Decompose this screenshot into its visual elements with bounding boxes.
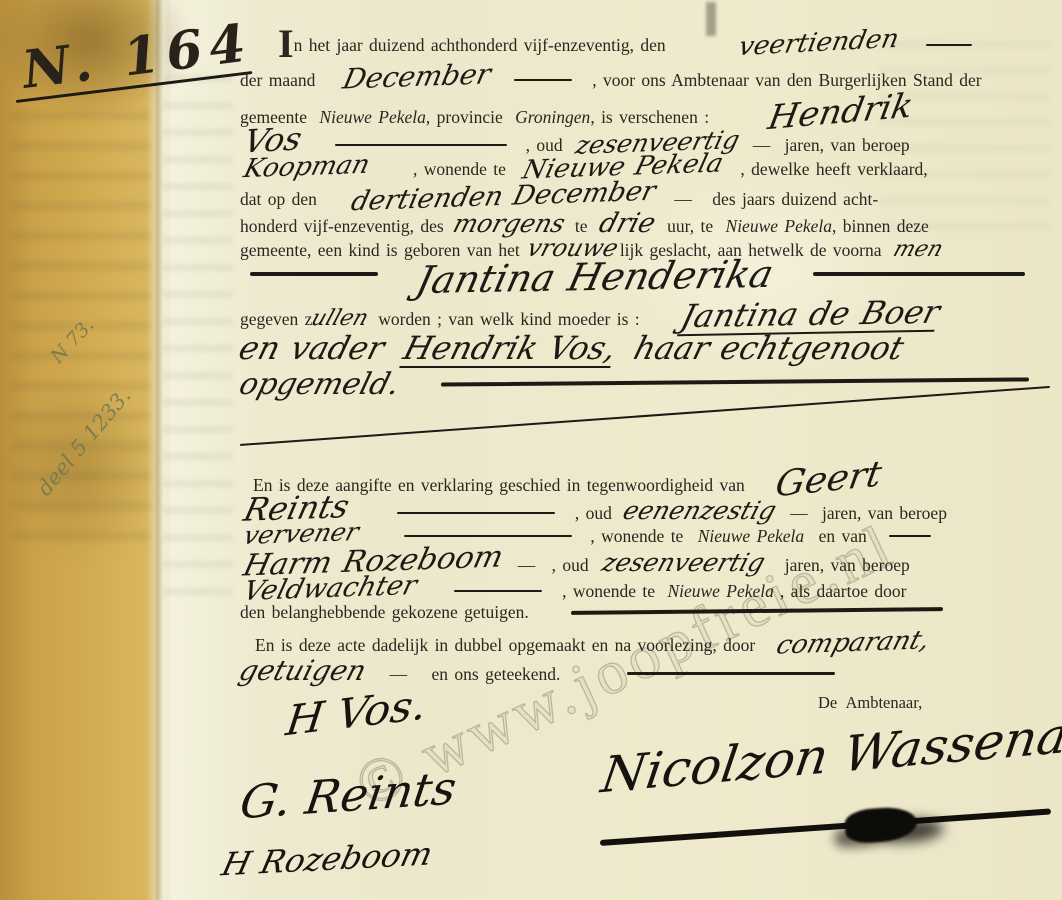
dash: — xyxy=(518,555,536,575)
fill-rule xyxy=(514,79,572,81)
printed-text: , wonende te xyxy=(590,526,683,546)
drop-cap-initial: I xyxy=(278,21,294,66)
dash: — xyxy=(790,503,808,523)
printed-text: honderd vijf-enzeventig, des xyxy=(240,216,444,236)
closing-line-1: En is deze acte dadelijk in dubbel opgem… xyxy=(255,630,928,656)
fill-rule xyxy=(250,272,378,276)
fill-rule xyxy=(404,535,572,537)
printed-text: , wonende te xyxy=(562,581,655,601)
fill-rule xyxy=(926,44,972,46)
entry-witness1-occupation: vervener xyxy=(241,519,362,548)
fill-rule xyxy=(571,607,943,615)
printed-text: , wonende te xyxy=(413,159,506,179)
entry-father-occupation: Koopman xyxy=(241,152,372,182)
printed-text: De Ambtenaar, xyxy=(818,693,922,712)
printed-text: worden ; van welk kind moeder is : xyxy=(378,309,639,329)
fill-rule xyxy=(397,512,555,514)
dash: — xyxy=(390,664,408,684)
printed-place: Nieuwe Pekela xyxy=(726,216,832,236)
entry-en-vader: en vader xyxy=(236,332,388,364)
entry-declaration-day: veertienden xyxy=(737,26,902,60)
printed-place: Nieuwe Pekela xyxy=(667,581,773,601)
dash: — xyxy=(753,135,771,155)
act-line-11: en vader Hendrik Vos, haar echtgenoot xyxy=(240,332,903,368)
fill-rule xyxy=(335,144,507,146)
dash: — xyxy=(674,189,692,209)
entry-father-confirm: Hendrik Vos, xyxy=(399,332,620,368)
entry-birth-daypart: morgens xyxy=(451,211,569,236)
bleed-through-text xyxy=(163,55,233,595)
signature-witness2: H Rozeboom xyxy=(219,838,436,881)
printed-text: , binnen deze xyxy=(832,216,929,236)
printed-text: , oud xyxy=(552,555,589,575)
entry-opgemeld: opgemeld. xyxy=(236,370,403,400)
printed-text: , oud xyxy=(575,503,612,523)
entry-signed-by-comparant: comparant, xyxy=(773,627,933,658)
witness-line-3: vervener , wonende te Nieuwe Pekela en v… xyxy=(245,521,931,547)
fill-rule xyxy=(441,377,1029,386)
act-line-9-child-names: Jantina Henderika xyxy=(250,258,1025,296)
printed-text: En is deze acte dadelijk in dubbel opgem… xyxy=(255,635,755,655)
printed-text: n het jaar duizend achthonderd vijf-enze… xyxy=(294,35,666,55)
printed-text: en van xyxy=(819,526,867,546)
printed-text: , als daartoe door xyxy=(780,581,907,601)
entry-signed-by-getuigen: getuigen xyxy=(236,657,369,685)
printed-text: der maand xyxy=(240,70,315,90)
witness-line-5: Veldwachter , wonende te Nieuwe Pekela, … xyxy=(245,575,906,602)
margin-note: N 73. xyxy=(46,314,98,368)
act-line-1: In het jaar duizend achthonderd vijf-enz… xyxy=(278,30,972,56)
entry-haar-echtgenoot: haar echtgenoot xyxy=(631,332,908,364)
signature-flourish xyxy=(600,808,1051,846)
fill-rule xyxy=(889,535,931,537)
entry-witness2-age: zesenveertig xyxy=(599,550,768,575)
act-line-7: honderd vijf-enzeventig, des morgens te … xyxy=(240,210,929,237)
binding-fold xyxy=(156,0,168,900)
margin-note: deel 5 1233. xyxy=(32,384,135,500)
printed-text: dat op den xyxy=(240,189,317,209)
printed-text: uur, te xyxy=(667,216,713,236)
entry-declaration-month: December xyxy=(340,60,493,93)
entry-zullen: ullen xyxy=(309,308,372,330)
act-line-2: der maand December , voor ons Ambtenaar … xyxy=(240,63,982,91)
printed-text: gegeven z xyxy=(240,309,312,329)
printed-text: , dewelke heeft verklaard, xyxy=(740,159,927,179)
signature-officer: Nicolzon Wassenaar xyxy=(598,706,1062,800)
witness-line-6: den belanghebbende gekozene getuigen. xyxy=(240,602,943,623)
printed-text: den belanghebbende gekozene getuigen. xyxy=(240,602,529,622)
fill-rule xyxy=(813,272,1025,276)
entry-witness2-occupation: Veldwachter xyxy=(241,572,420,605)
printed-text: jaren, van beroep xyxy=(785,555,910,575)
entry-birth-hour: drie xyxy=(596,210,659,237)
printed-text: , oud xyxy=(526,135,563,155)
printed-text: jaren, van beroep xyxy=(822,503,947,523)
printed-text: en ons geteekend. xyxy=(432,664,561,684)
act-line-6: dat op den dertienden December — des jaa… xyxy=(240,183,878,210)
printed-text: jaren, van beroep xyxy=(785,135,910,155)
act-line-5: Koopman , wonende te Nieuwe Pekela , dew… xyxy=(245,154,928,180)
printed-text: te xyxy=(575,216,588,236)
officer-label: De Ambtenaar, xyxy=(818,693,922,713)
signature-witness1: G. Reints xyxy=(237,765,459,826)
entry-witness1-age: eenenzestig xyxy=(620,498,779,523)
printed-text: des jaars duizend acht- xyxy=(712,189,878,209)
fill-rule xyxy=(627,672,835,675)
fill-rule xyxy=(454,590,542,592)
printed-text: , voor ons Ambtenaar van den Burgerlijke… xyxy=(592,70,981,90)
birth-certificate-scan: N. 164 N 73. deel 5 1233. © www.joopfrei… xyxy=(0,0,1062,900)
closing-line-2: getuigen — en ons geteekend. xyxy=(240,657,835,685)
printed-place: Nieuwe Pekela xyxy=(698,526,804,546)
entry-child-names: Jantina Henderika xyxy=(413,255,777,299)
